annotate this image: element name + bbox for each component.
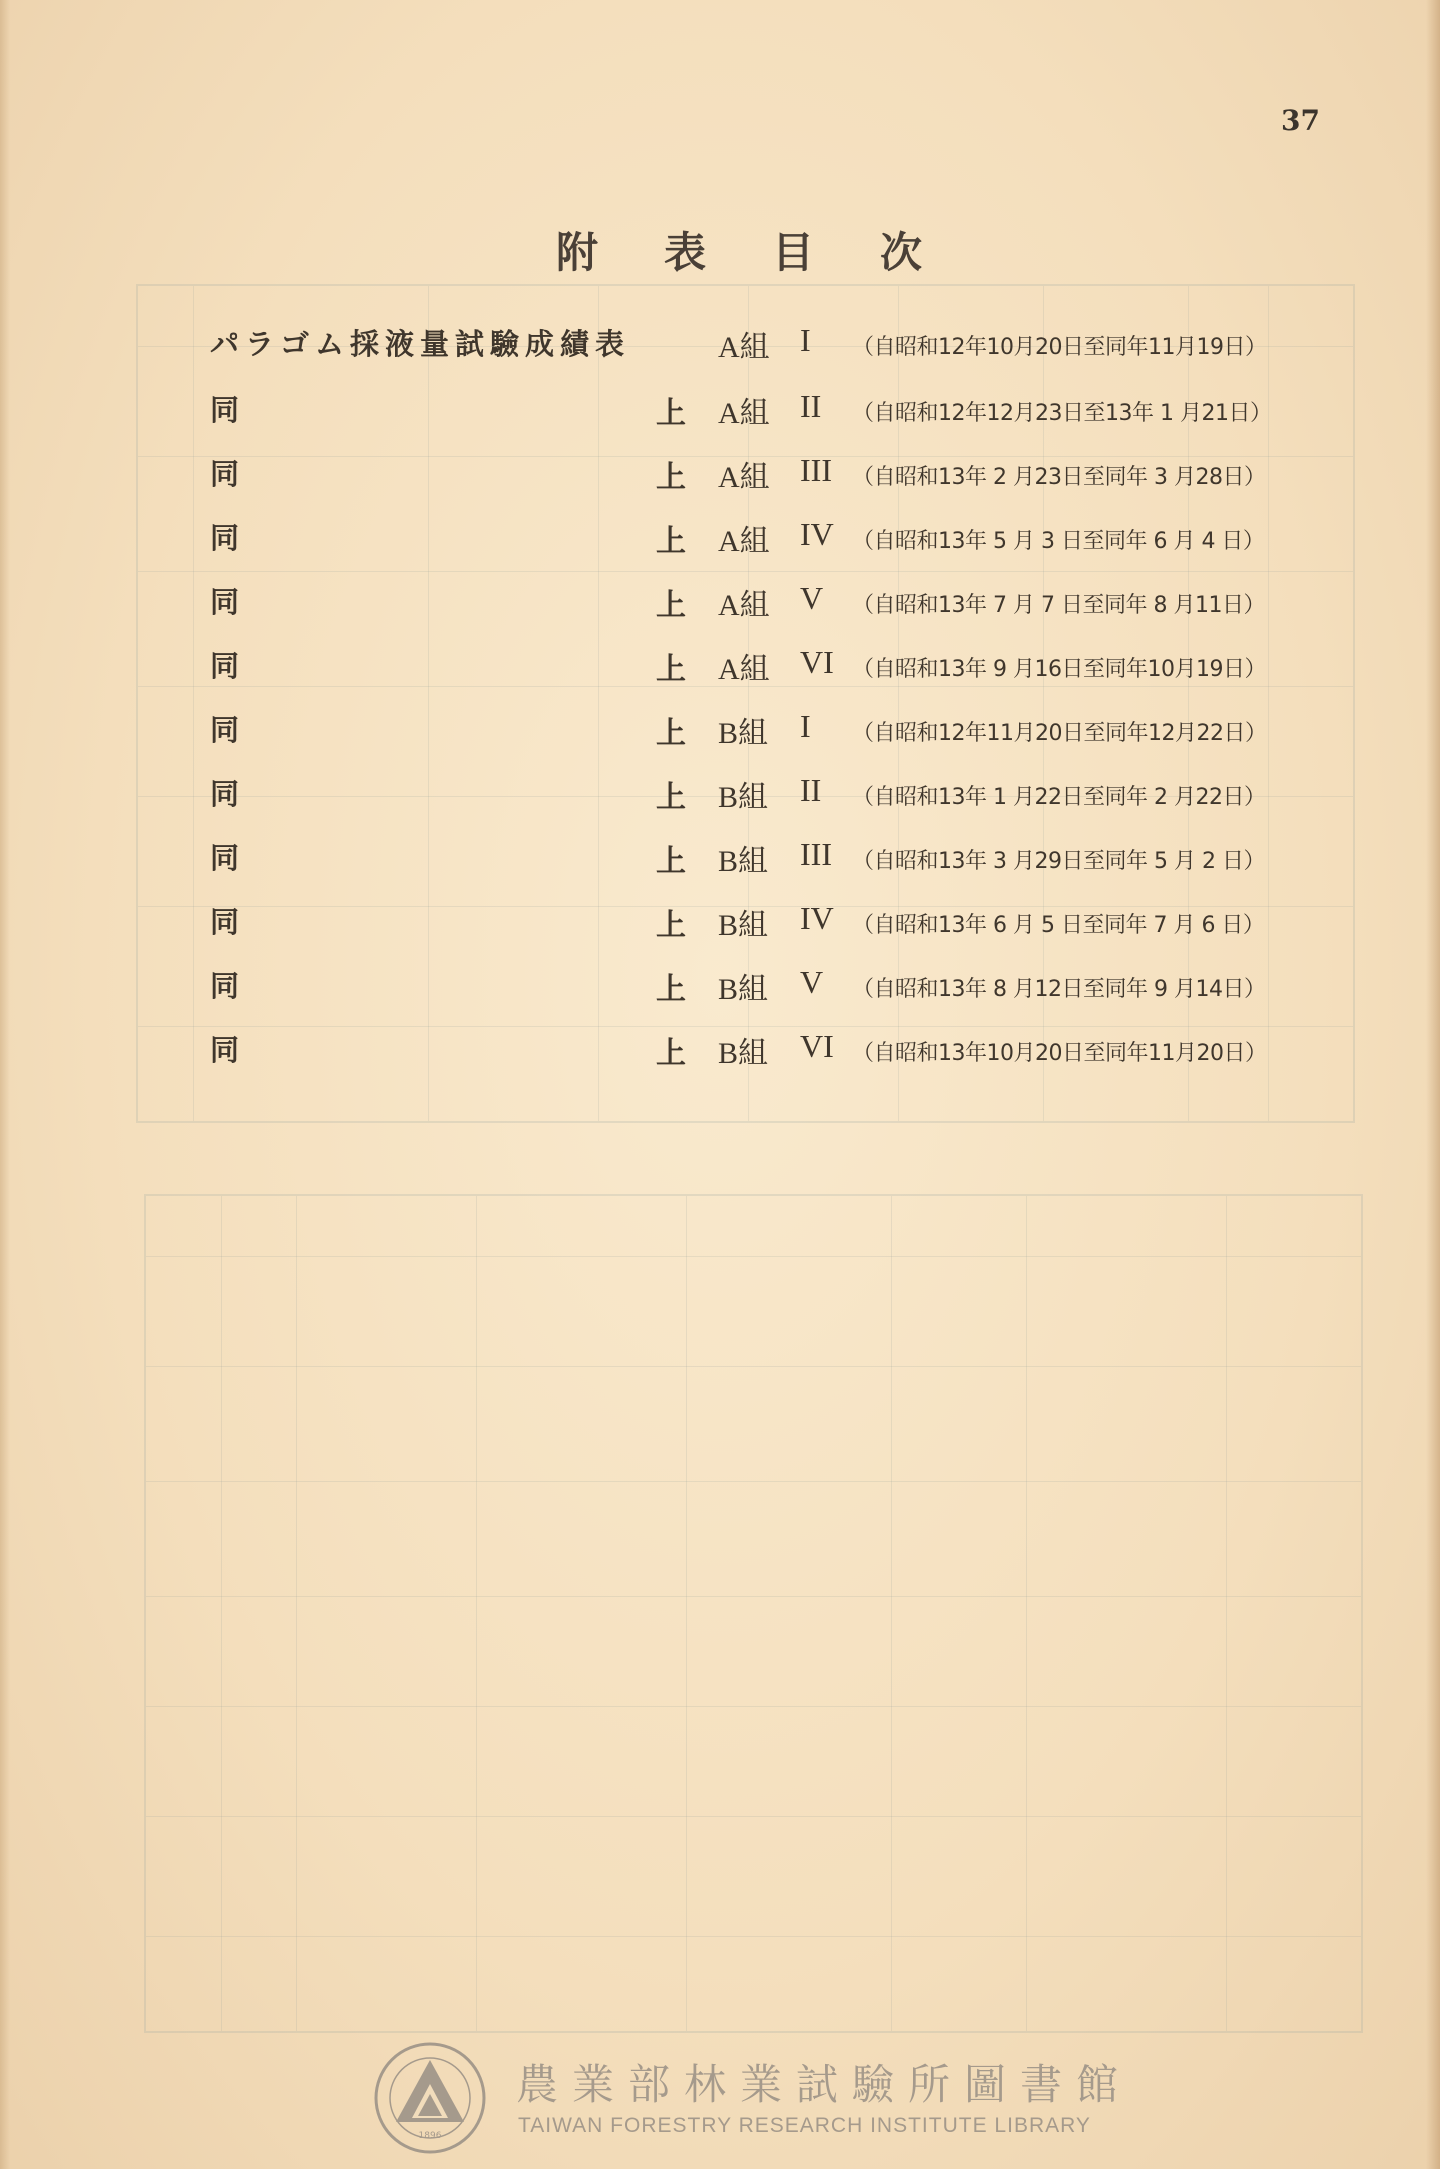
ditto-mark-left: 同	[210, 900, 245, 941]
toc-entry[interactable]: 同 上 B組 II （自昭和13年 1 月22日至同年 2 月22日）	[0, 772, 1440, 820]
toc-entry[interactable]: 同 上 A組 VI （自昭和13年 9 月16日至同年10月19日）	[0, 644, 1440, 692]
toc-entry-group: A組	[718, 644, 770, 688]
ditto-mark-left: 同	[210, 580, 245, 621]
ditto-mark-left: 同	[210, 772, 245, 813]
toc-entry-group: A組	[718, 388, 770, 432]
ditto-mark-up: 上	[656, 708, 686, 752]
ditto-mark-up: 上	[656, 580, 686, 624]
toc-entry-period: （自昭和13年 8 月12日至同年 9 月14日）	[852, 972, 1265, 1003]
ditto-mark-left: 同	[210, 708, 245, 749]
toc-entry-group: A組	[718, 452, 770, 496]
library-name-chinese: 農業部林業試驗所圖書館	[516, 2052, 1132, 2112]
toc-entry-group: B組	[718, 900, 768, 944]
toc-entry-period: （自昭和13年 7 月 7 日至同年 8 月11日）	[852, 588, 1265, 619]
ditto-mark-up: 上	[656, 836, 686, 880]
ditto-mark-left: 同	[210, 964, 245, 1005]
toc-entry[interactable]: 同 上 B組 VI （自昭和13年10月20日至同年11月20日）	[0, 1028, 1440, 1076]
toc-entry-group: B組	[718, 1028, 768, 1072]
toc-entry[interactable]: パラゴム採液量試驗成績表 A組 I （自昭和12年10月20日至同年11月19日…	[0, 322, 1440, 370]
toc-entry-number: III	[800, 452, 832, 489]
page-title: 附表目次	[556, 220, 988, 280]
toc-entry[interactable]: 同 上 A組 II （自昭和12年12月23日至13年 1 月21日）	[0, 388, 1440, 436]
toc-entry-group: A組	[718, 516, 770, 560]
toc-entry[interactable]: 同 上 B組 V （自昭和13年 8 月12日至同年 9 月14日）	[0, 964, 1440, 1012]
ditto-mark-up: 上	[656, 452, 686, 496]
toc-entry-period: （自昭和13年 5 月 3 日至同年 6 月 4 日）	[852, 524, 1264, 555]
toc-entry-period: （自昭和13年 1 月22日至同年 2 月22日）	[852, 780, 1265, 811]
ditto-mark-up: 上	[656, 388, 686, 432]
institute-logo-icon: 1896	[372, 2040, 488, 2156]
ditto-mark-up: 上	[656, 772, 686, 816]
ditto-mark-up: 上	[656, 644, 686, 688]
ditto-mark-left: 同	[210, 452, 245, 493]
toc-entry-number: II	[800, 388, 821, 425]
toc-entry[interactable]: 同 上 B組 I （自昭和12年11月20日至同年12月22日）	[0, 708, 1440, 756]
toc-entry-number: III	[800, 836, 832, 873]
toc-entry-number: II	[800, 772, 821, 809]
ditto-mark-up: 上	[656, 900, 686, 944]
toc-entry-group: A組	[718, 580, 770, 624]
toc-entry-period: （自昭和12年11月20日至同年12月22日）	[852, 716, 1266, 747]
ditto-mark-left: 同	[210, 836, 245, 877]
ditto-mark-left: 同	[210, 388, 245, 429]
toc-entry[interactable]: 同 上 A組 III （自昭和13年 2 月23日至同年 3 月28日）	[0, 452, 1440, 500]
toc-entry-number: I	[800, 322, 811, 359]
svg-text:1896: 1896	[419, 2131, 442, 2141]
page-number: 37	[1281, 104, 1320, 137]
ditto-mark-left: 同	[210, 516, 245, 557]
toc-entry-period: （自昭和13年 6 月 5 日至同年 7 月 6 日）	[852, 908, 1264, 939]
bleed-through-table-bottom	[144, 1194, 1363, 2033]
toc-entry-period: （自昭和13年 9 月16日至同年10月19日）	[852, 652, 1266, 683]
toc-entry-title: パラゴム採液量試驗成績表	[210, 322, 630, 363]
toc-entry-number: VI	[800, 1028, 834, 1065]
toc-entry[interactable]: 同 上 B組 III （自昭和13年 3 月29日至同年 5 月 2 日）	[0, 836, 1440, 884]
toc-entry-period: （自昭和12年10月20日至同年11月19日）	[852, 330, 1266, 361]
toc-entry-number: V	[800, 580, 823, 617]
ditto-mark-left: 同	[210, 644, 245, 685]
toc-entry-period: （自昭和13年10月20日至同年11月20日）	[852, 1036, 1266, 1067]
toc-entry-number: I	[800, 708, 811, 745]
toc-entry[interactable]: 同 上 A組 V （自昭和13年 7 月 7 日至同年 8 月11日）	[0, 580, 1440, 628]
ditto-mark-up: 上	[656, 516, 686, 560]
toc-entry-number: IV	[800, 900, 834, 937]
toc-entry-group: B組	[718, 772, 768, 816]
toc-entry-group: B組	[718, 708, 768, 752]
toc-entry-number: VI	[800, 644, 834, 681]
toc-entry-group: B組	[718, 836, 768, 880]
toc-entry[interactable]: 同 上 A組 IV （自昭和13年 5 月 3 日至同年 6 月 4 日）	[0, 516, 1440, 564]
toc-entry-period: （自昭和13年 3 月29日至同年 5 月 2 日）	[852, 844, 1265, 875]
toc-entry-number: V	[800, 964, 823, 1001]
ditto-mark-up: 上	[656, 964, 686, 1008]
toc-entry[interactable]: 同 上 B組 IV （自昭和13年 6 月 5 日至同年 7 月 6 日）	[0, 900, 1440, 948]
ditto-mark-left: 同	[210, 1028, 245, 1069]
toc-entry-group: A組	[718, 322, 770, 366]
toc-entry-period: （自昭和12年12月23日至13年 1 月21日）	[852, 396, 1271, 427]
toc-entry-period: （自昭和13年 2 月23日至同年 3 月28日）	[852, 460, 1265, 491]
toc-entry-group: B組	[718, 964, 768, 1008]
toc-entry-number: IV	[800, 516, 834, 553]
ditto-mark-up: 上	[656, 1028, 686, 1072]
library-name-english: TAIWAN FORESTRY RESEARCH INSTITUTE LIBRA…	[518, 2114, 1091, 2138]
